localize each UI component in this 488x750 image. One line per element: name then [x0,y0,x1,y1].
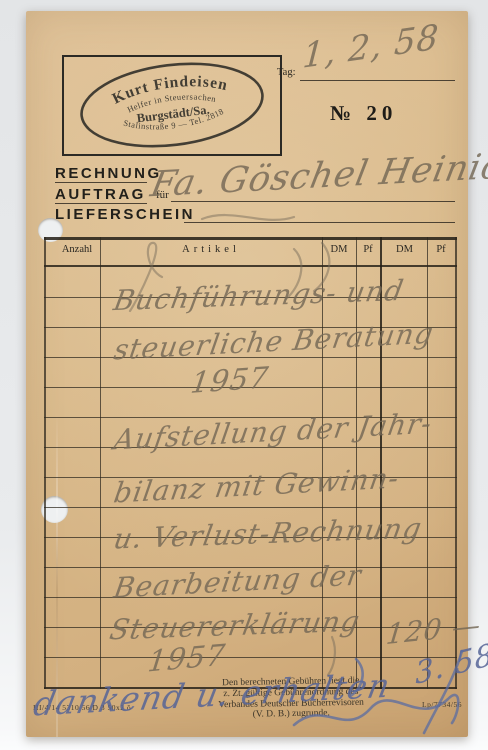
ink-signature-squiggle [26,11,468,737]
photo-backdrop: Kurt Findeisen Helfer in Steuersachen Bu… [0,0,488,750]
invoice-paper: Kurt Findeisen Helfer in Steuersachen Bu… [26,11,468,737]
